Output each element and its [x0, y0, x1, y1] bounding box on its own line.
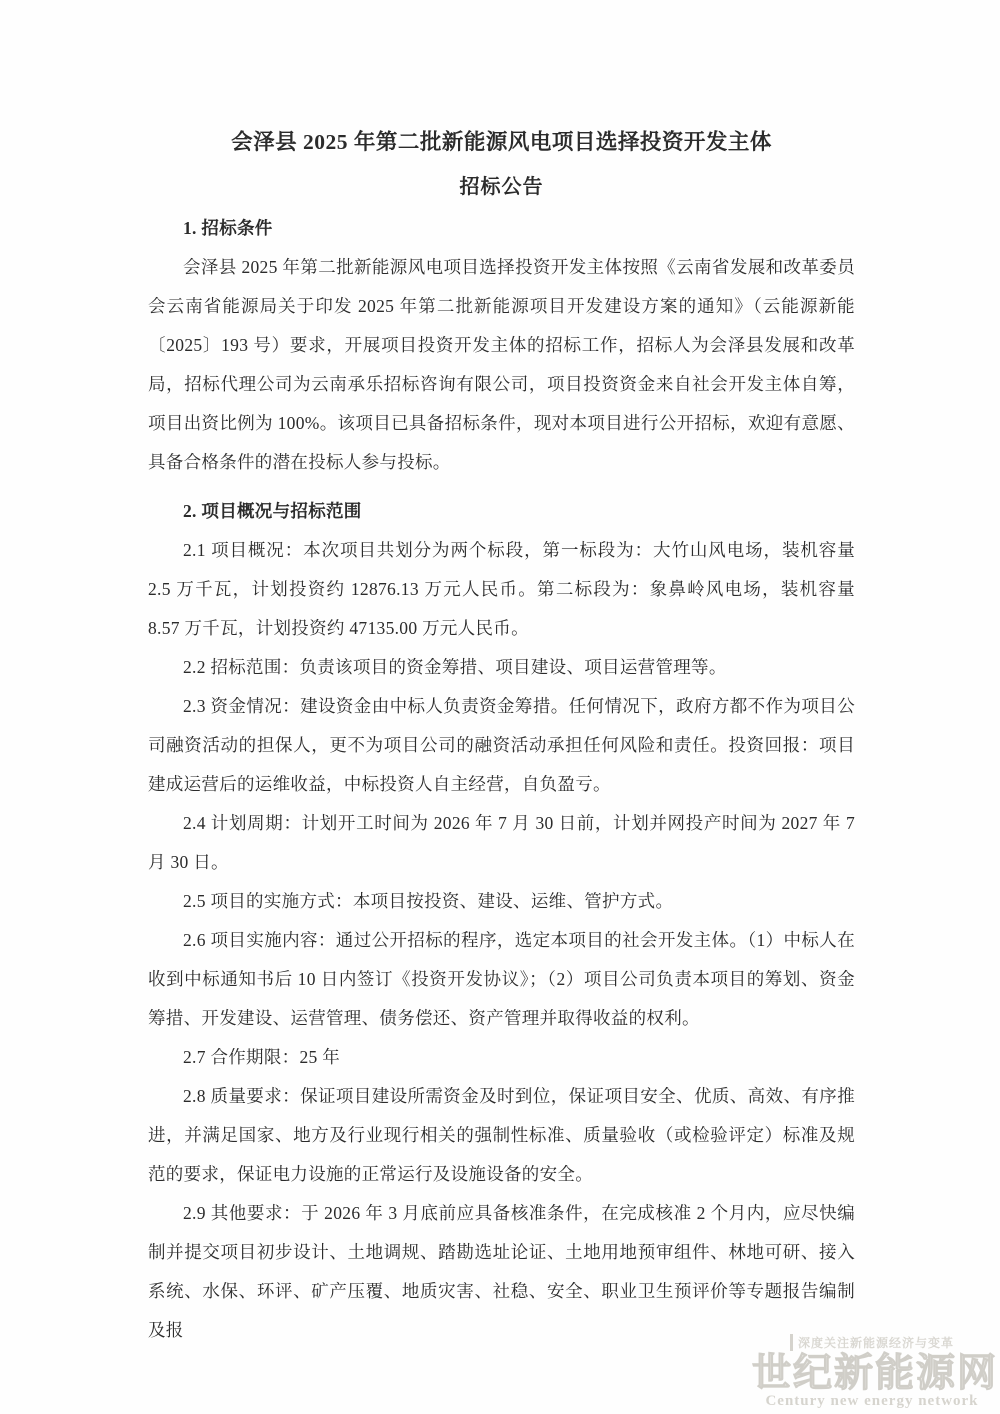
- doc-title: 会泽县 2025 年第二批新能源风电项目选择投资开发主体: [148, 130, 855, 154]
- paragraph-2-4: 2.4 计划周期：计划开工时间为 2026 年 7 月 30 日前，计划并网投产…: [148, 804, 855, 882]
- doc-subtitle: 招标公告: [148, 175, 855, 199]
- document-content: 会泽县 2025 年第二批新能源风电项目选择投资开发主体 招标公告 1. 招标条…: [0, 0, 1000, 1350]
- watermark-logo: 世纪新能源网: [752, 1353, 992, 1395]
- section-2-heading: 2. 项目概况与招标范围: [148, 492, 855, 531]
- paragraph-2-9: 2.9 其他要求：于 2026 年 3 月底前应具备核准条件，在完成核准 2 个…: [148, 1194, 855, 1350]
- paragraph-2-7: 2.7 合作期限：25 年: [148, 1038, 855, 1077]
- document-page: 会泽县 2025 年第二批新能源风电项目选择投资开发主体 招标公告 1. 招标条…: [0, 0, 1000, 1414]
- paragraph-2-2: 2.2 招标范围：负责该项目的资金筹措、项目建设、项目运营管理等。: [148, 648, 855, 687]
- paragraph-2-5: 2.5 项目的实施方式：本项目按投资、建设、运维、管护方式。: [148, 882, 855, 921]
- section-1-heading: 1. 招标条件: [148, 209, 855, 248]
- paragraph-2-1: 2.1 项目概况：本次项目共划分为两个标段，第一标段为：大竹山风电场，装机容量 …: [148, 531, 855, 648]
- paragraph-2-8: 2.8 质量要求：保证项目建设所需资金及时到位，保证项目安全、优质、高效、有序推…: [148, 1077, 855, 1194]
- section-1-paragraph: 会泽县 2025 年第二批新能源风电项目选择投资开发主体按照《云南省发展和改革委…: [148, 248, 855, 482]
- watermark-subtitle: Century new energy network: [752, 1393, 992, 1410]
- paragraph-2-6: 2.6 项目实施内容：通过公开招标的程序，选定本项目的社会开发主体。（1）中标人…: [148, 921, 855, 1038]
- paragraph-2-3: 2.3 资金情况：建设资金由中标人负责资金筹措。任何情况下，政府方都不作为项目公…: [148, 687, 855, 804]
